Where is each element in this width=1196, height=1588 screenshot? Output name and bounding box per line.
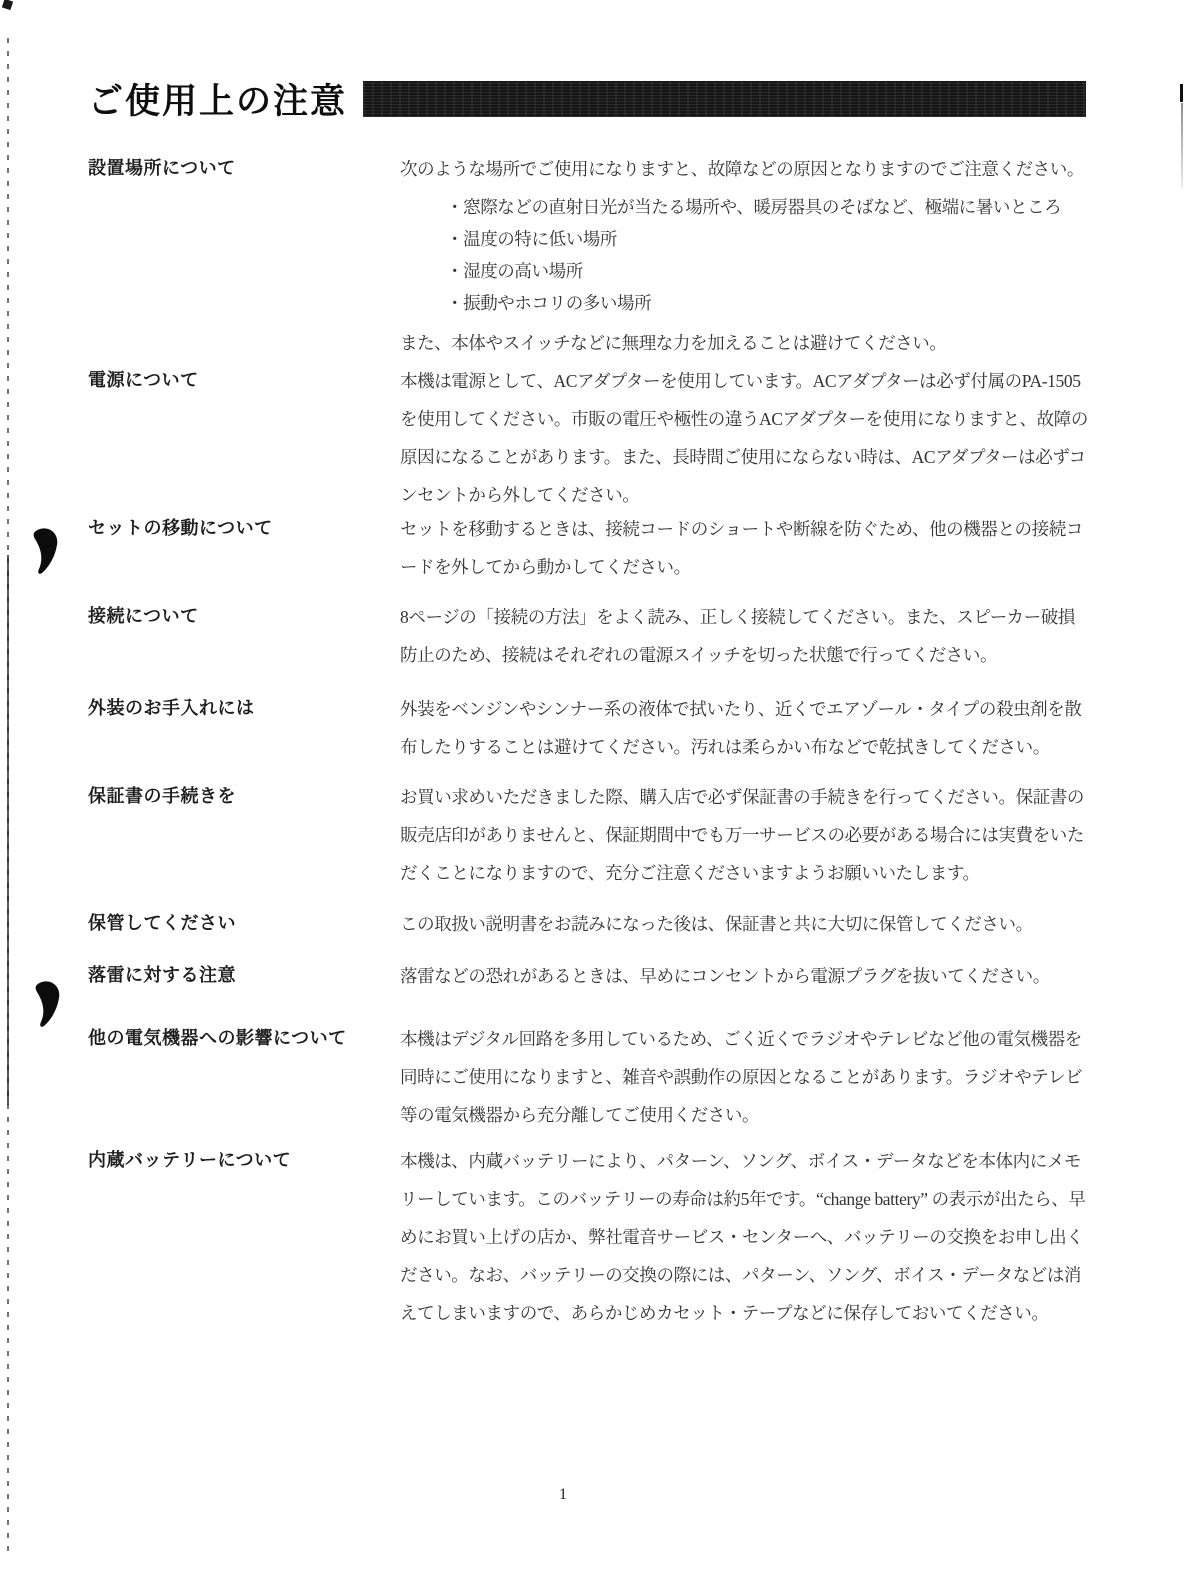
section-text: セットを移動するときは、接続コードのショートや断線を防ぐため、他の機器との接続コ… [400,510,1090,586]
section-lightning: 落雷に対する注意 落雷などの恐れがあるときは、早めにコンセントから電源プラグを抜… [88,957,1090,995]
section-label: 電源について [88,362,400,514]
section-label: 設置場所について [88,150,400,362]
manual-page: ご使用上の注意 設置場所について 次のような場所でご使用になりますと、故障などの… [0,0,1196,1588]
section-body: 外装をベンジンやシンナー系の液体で拭いたり、近くでエアゾール・タイプの殺虫剤を散… [400,690,1090,766]
section-label: 外装のお手入れには [88,690,400,766]
section-label: 内蔵バッテリーについて [88,1142,400,1332]
section-body: 8ページの「接続の方法」をよく読み、正しく接続してください。また、スピーカー破損… [400,598,1090,674]
bullet-item: ・振動やホコリの多い場所 [446,287,1090,319]
section-storage: 保管してください この取扱い説明書をお読みになった後は、保証書と共に大切に保管し… [88,905,1090,943]
section-body: 本機は、内蔵バッテリーにより、パターン、ソング、ボイス・データなどを本体内にメモ… [400,1142,1090,1332]
section-text: 8ページの「接続の方法」をよく読み、正しく接続してください。また、スピーカー破損… [400,598,1090,674]
section-text: また、本体やスイッチなどに無理な力を加えることは避けてください。 [400,324,1090,362]
section-text: 次のような場所でご使用になりますと、故障などの原因となりますのでご注意ください。 [400,150,1090,188]
bullet-list: ・窓際などの直射日光が当たる場所や、暖房器具のそばなど、極端に暑いところ ・温度… [400,191,1090,319]
section-body: この取扱い説明書をお読みになった後は、保証書と共に大切に保管してください。 [400,905,1090,943]
ink-blot-artifact [31,527,61,575]
page-number: 1 [533,1486,593,1504]
section-label: 保証書の手続きを [88,778,400,892]
scan-line-artifact [7,555,9,1105]
section-label: 他の電気機器への影響について [88,1020,400,1134]
section-text: 本機は、内蔵バッテリーにより、パターン、ソング、ボイス・データなどを本体内にメモ… [400,1142,1090,1332]
bullet-item: ・湿度の高い場所 [446,255,1090,287]
section-text: 落雷などの恐れがあるときは、早めにコンセントから電源プラグを抜いてください。 [400,957,1090,995]
ink-blot-artifact [33,979,63,1029]
section-body: お買い求めいただきました際、購入店で必ず保証書の手続きを行ってください。保証書の… [400,778,1090,892]
section-label: 接続について [88,598,400,674]
section-text: お買い求めいただきました際、購入店で必ず保証書の手続きを行ってください。保証書の… [400,778,1090,892]
section-exterior-care: 外装のお手入れには 外装をベンジンやシンナー系の液体で拭いたり、近くでエアゾール… [88,690,1090,766]
page-title: ご使用上の注意 [88,74,347,124]
section-power: 電源について 本機は電源として、ACアダプターを使用しています。ACアダプターは… [88,362,1090,514]
section-placement: 設置場所について 次のような場所でご使用になりますと、故障などの原因となりますの… [88,150,1090,362]
section-text: 本機はデジタル回路を多用しているため、ごく近くでラジオやテレビなど他の電気機器を… [400,1020,1090,1134]
section-connection: 接続について 8ページの「接続の方法」をよく読み、正しく接続してください。また、… [88,598,1090,674]
section-warranty: 保証書の手続きを お買い求めいただきました際、購入店で必ず保証書の手続きを行って… [88,778,1090,892]
section-interference: 他の電気機器への影響について 本機はデジタル回路を多用しているため、ごく近くでラ… [88,1020,1090,1134]
edge-tick-artifact [1180,84,1183,102]
title-bar [363,81,1086,117]
bullet-item: ・窓際などの直射日光が当たる場所や、暖房器具のそばなど、極端に暑いところ [446,191,1090,223]
section-body: セットを移動するときは、接続コードのショートや断線を防ぐため、他の機器との接続コ… [400,510,1090,586]
section-label: セットの移動について [88,510,400,586]
section-moving: セットの移動について セットを移動するときは、接続コードのショートや断線を防ぐた… [88,510,1090,586]
section-label: 落雷に対する注意 [88,957,400,995]
section-internal-battery: 内蔵バッテリーについて 本機は、内蔵バッテリーにより、パターン、ソング、ボイス・… [88,1142,1090,1332]
section-text: この取扱い説明書をお読みになった後は、保証書と共に大切に保管してください。 [400,905,1090,943]
section-body: 本機は電源として、ACアダプターを使用しています。ACアダプターは必ず付属のPA… [400,362,1090,514]
section-body: 次のような場所でご使用になりますと、故障などの原因となりますのでご注意ください。… [400,150,1090,362]
section-text: 本機は電源として、ACアダプターを使用しています。ACアダプターは必ず付属のPA… [400,362,1090,514]
section-body: 本機はデジタル回路を多用しているため、ごく近くでラジオやテレビなど他の電気機器を… [400,1020,1090,1134]
edge-line-artifact [1181,103,1183,188]
section-body: 落雷などの恐れがあるときは、早めにコンセントから電源プラグを抜いてください。 [400,957,1090,995]
corner-tick-artifact [2,0,13,10]
section-text: 外装をベンジンやシンナー系の液体で拭いたり、近くでエアゾール・タイプの殺虫剤を散… [400,690,1090,766]
bullet-item: ・温度の特に低い場所 [446,223,1090,255]
section-label: 保管してください [88,905,400,943]
